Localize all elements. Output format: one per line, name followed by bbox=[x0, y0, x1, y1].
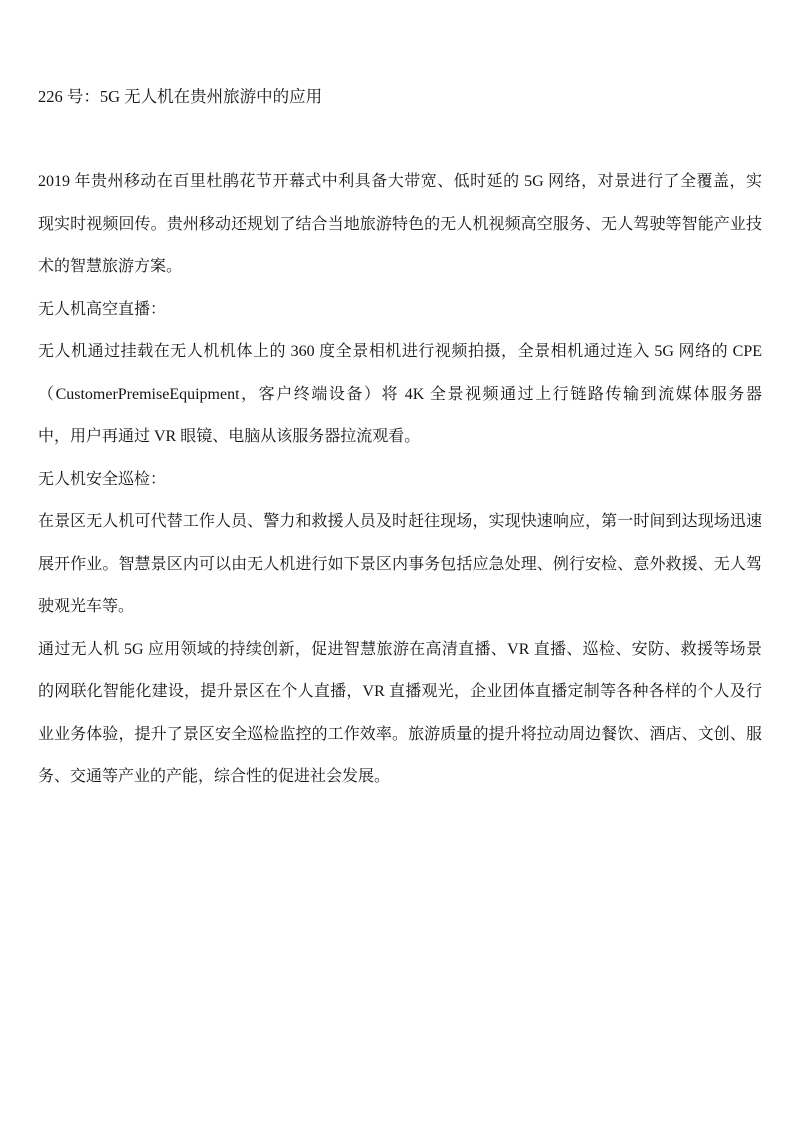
paragraph-line: 在景区无人机可代替工作人员、警力和救援人员及时赶往现场，实现快速响应，第一时间到… bbox=[38, 501, 762, 544]
paragraph-line: 2019 年贵州移动在百里杜鹃花节开幕式中利具备大带宽、低时延的 5G 网络，对… bbox=[38, 161, 762, 204]
paragraph-line: 业业务体验，提升了景区安全巡检监控的工作效率。旅游质量的提升将拉动周边餐饮、酒店… bbox=[38, 714, 762, 757]
paragraph-line: 的网联化智能化建设，提升景区在个人直播，VR 直播观光，企业团体直播定制等各种各… bbox=[38, 671, 762, 714]
document-title: 226 号：5G 无人机在贵州旅游中的应用 bbox=[38, 76, 762, 119]
paragraph-line: 驶观光车等。 bbox=[38, 586, 762, 629]
section-heading: 无人机安全巡检： bbox=[38, 459, 762, 502]
blank-line bbox=[38, 119, 762, 162]
paragraph-line: 现实时视频回传。贵州移动还规划了结合当地旅游特色的无人机视频高空服务、无人驾驶等… bbox=[38, 204, 762, 247]
paragraph-line: （CustomerPremiseEquipment，客户终端设备）将 4K 全景… bbox=[38, 374, 762, 417]
paragraph-line: 务、交通等产业的产能，综合性的促进社会发展。 bbox=[38, 756, 762, 799]
paragraph-line: 通过无人机 5G 应用领域的持续创新，促进智慧旅游在高清直播、VR 直播、巡检、… bbox=[38, 629, 762, 672]
paragraph-line: 中，用户再通过 VR 眼镜、电脑从该服务器拉流观看。 bbox=[38, 416, 762, 459]
document-page: 226 号：5G 无人机在贵州旅游中的应用 2019 年贵州移动在百里杜鹃花节开… bbox=[0, 0, 800, 1131]
section-heading: 无人机高空直播： bbox=[38, 289, 762, 332]
paragraph-line: 术的智慧旅游方案。 bbox=[38, 246, 762, 289]
paragraph-line: 无人机通过挂载在无人机机体上的 360 度全景相机进行视频拍摄，全景相机通过连入… bbox=[38, 331, 762, 374]
paragraph-line: 展开作业。智慧景区内可以由无人机进行如下景区内事务包括应急处理、例行安检、意外救… bbox=[38, 544, 762, 587]
